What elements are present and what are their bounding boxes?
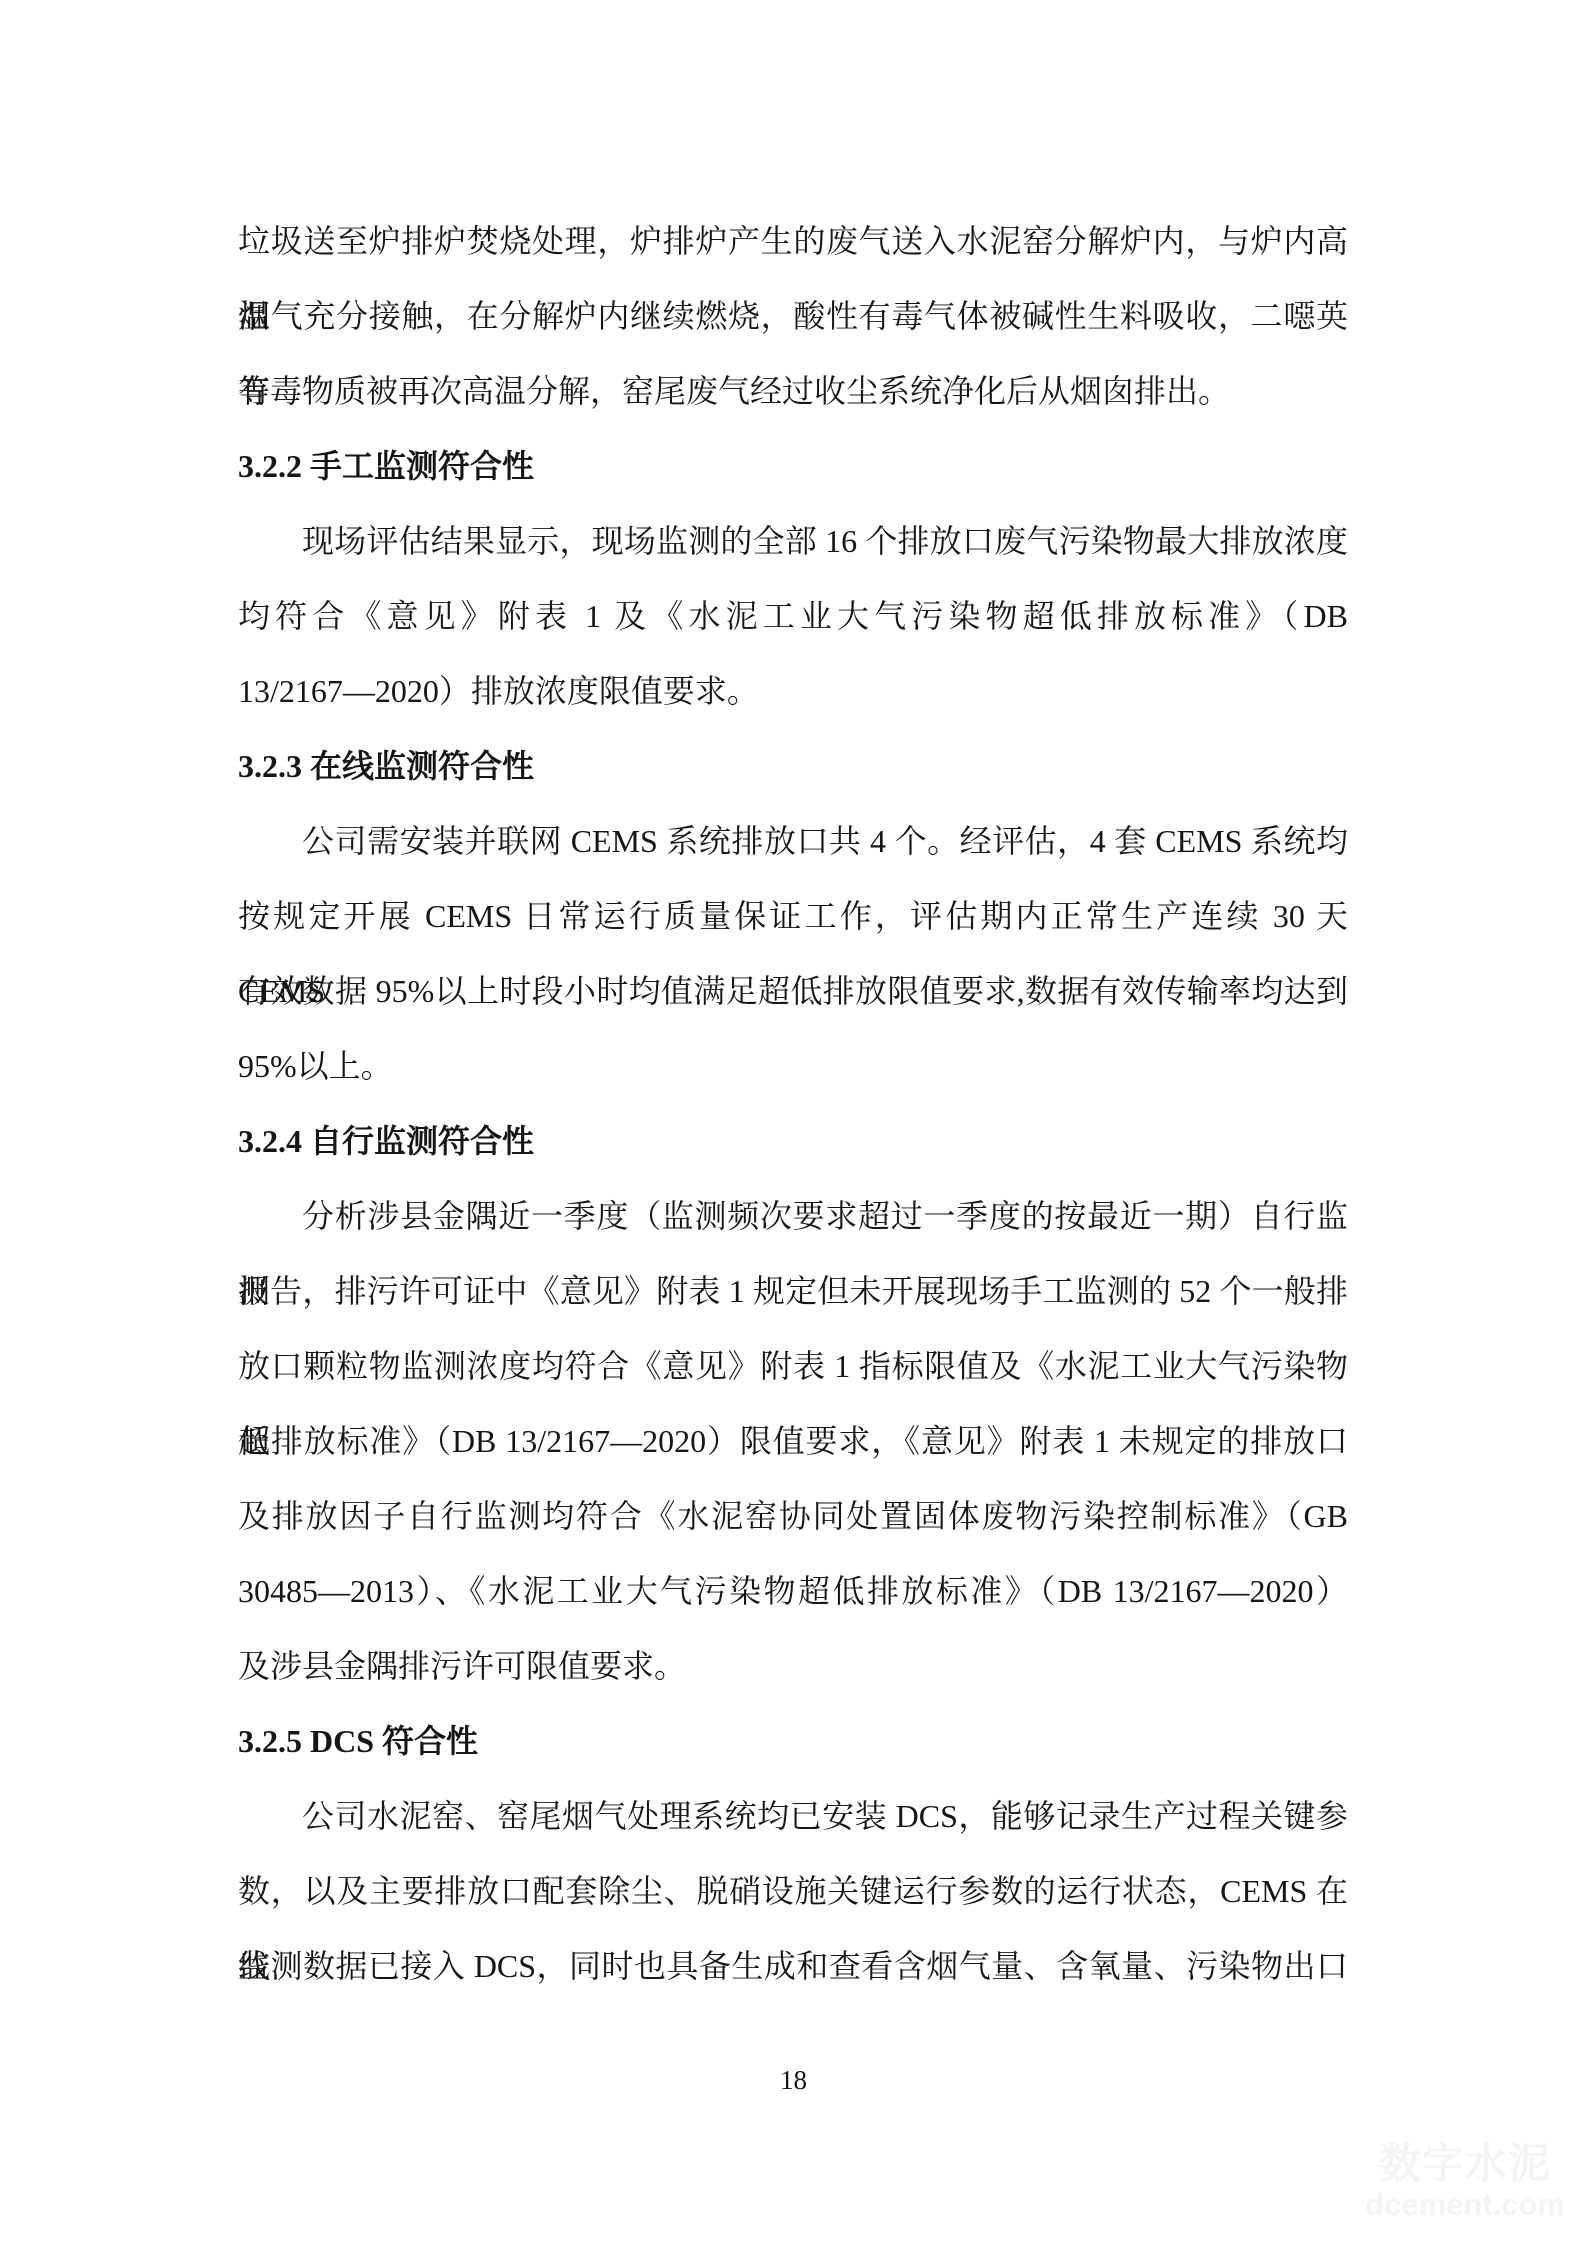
paragraph-line: 烟气充分接触，在分解炉内继续燃烧，酸性有毒气体被碱性生料吸收，二噁英等 bbox=[238, 279, 1348, 354]
paragraph-line: 30485—2013）、《水泥工业大气污染物超低排放标准》（DB 13/2167… bbox=[238, 1554, 1348, 1629]
paragraph-line: 均符合《意见》附表 1 及《水泥工业大气污染物超低排放标准》（DB bbox=[238, 579, 1348, 654]
section-heading: 3.2.5 DCS 符合性 bbox=[238, 1704, 1348, 1779]
page-number: 18 bbox=[0, 2062, 1587, 2098]
paragraph-line: 报告，排污许可证中《意见》附表 1 规定但未开展现场手工监测的 52 个一般排 bbox=[238, 1254, 1348, 1329]
paragraph-line: 放口颗粒物监测浓度均符合《意见》附表 1 指标限值及《水泥工业大气污染物超 bbox=[238, 1329, 1348, 1404]
paragraph-line: 监测数据已接入 DCS，同时也具备生成和查看含烟气量、含氧量、污染物出口 bbox=[238, 1929, 1348, 2004]
paragraph-line: 公司需安装并联网 CEMS 系统排放口共 4 个。经评估，4 套 CEMS 系统… bbox=[238, 804, 1348, 879]
paragraph-line: 及涉县金隅排污许可限值要求。 bbox=[238, 1629, 1348, 1704]
paragraph-line: 按规定开展 CEMS 日常运行质量保证工作，评估期内正常生产连续 30 天 CE… bbox=[238, 879, 1348, 954]
paragraph-line: 数，以及主要排放口配套除尘、脱硝设施关键运行参数的运行状态，CEMS 在线 bbox=[238, 1854, 1348, 1929]
paragraph-line: 垃圾送至炉排炉焚烧处理，炉排炉产生的废气送入水泥窑分解炉内，与炉内高温 bbox=[238, 204, 1348, 279]
section-heading: 3.2.2 手工监测符合性 bbox=[238, 429, 1348, 504]
document-page: 垃圾送至炉排炉焚烧处理，炉排炉产生的废气送入水泥窑分解炉内，与炉内高温烟气充分接… bbox=[0, 0, 1587, 2245]
watermark-subtitle: dcement.com bbox=[1365, 2188, 1565, 2222]
paragraph-line: 公司水泥窑、窑尾烟气处理系统均已安装 DCS，能够记录生产过程关键参 bbox=[238, 1779, 1348, 1854]
paragraph-line: 低排放标准》（DB 13/2167—2020）限值要求，《意见》附表 1 未规定… bbox=[238, 1404, 1348, 1479]
document-content: 垃圾送至炉排炉焚烧处理，炉排炉产生的废气送入水泥窑分解炉内，与炉内高温烟气充分接… bbox=[238, 204, 1348, 2004]
section-heading: 3.2.3 在线监测符合性 bbox=[238, 729, 1348, 804]
paragraph-line: 分析涉县金隅近一季度（监测频次要求超过一季度的按最近一期）自行监测 bbox=[238, 1179, 1348, 1254]
paragraph-line: 有毒物质被再次高温分解，窑尾废气经过收尘系统净化后从烟囱排出。 bbox=[238, 354, 1348, 429]
watermark-title: 数字水泥 bbox=[1365, 2140, 1565, 2188]
section-heading: 3.2.4 自行监测符合性 bbox=[238, 1104, 1348, 1179]
paragraph-line: 95%以上。 bbox=[238, 1029, 1348, 1104]
watermark: 数字水泥 dcement.com bbox=[1365, 2140, 1565, 2222]
paragraph-line: 有效数据 95%以上时段小时均值满足超低排放限值要求,数据有效传输率均达到 bbox=[238, 954, 1348, 1029]
paragraph-line: 13/2167—2020）排放浓度限值要求。 bbox=[238, 654, 1348, 729]
paragraph-line: 现场评估结果显示，现场监测的全部 16 个排放口废气污染物最大排放浓度 bbox=[238, 504, 1348, 579]
paragraph-line: 及排放因子自行监测均符合《水泥窑协同处置固体废物污染控制标准》（GB bbox=[238, 1479, 1348, 1554]
